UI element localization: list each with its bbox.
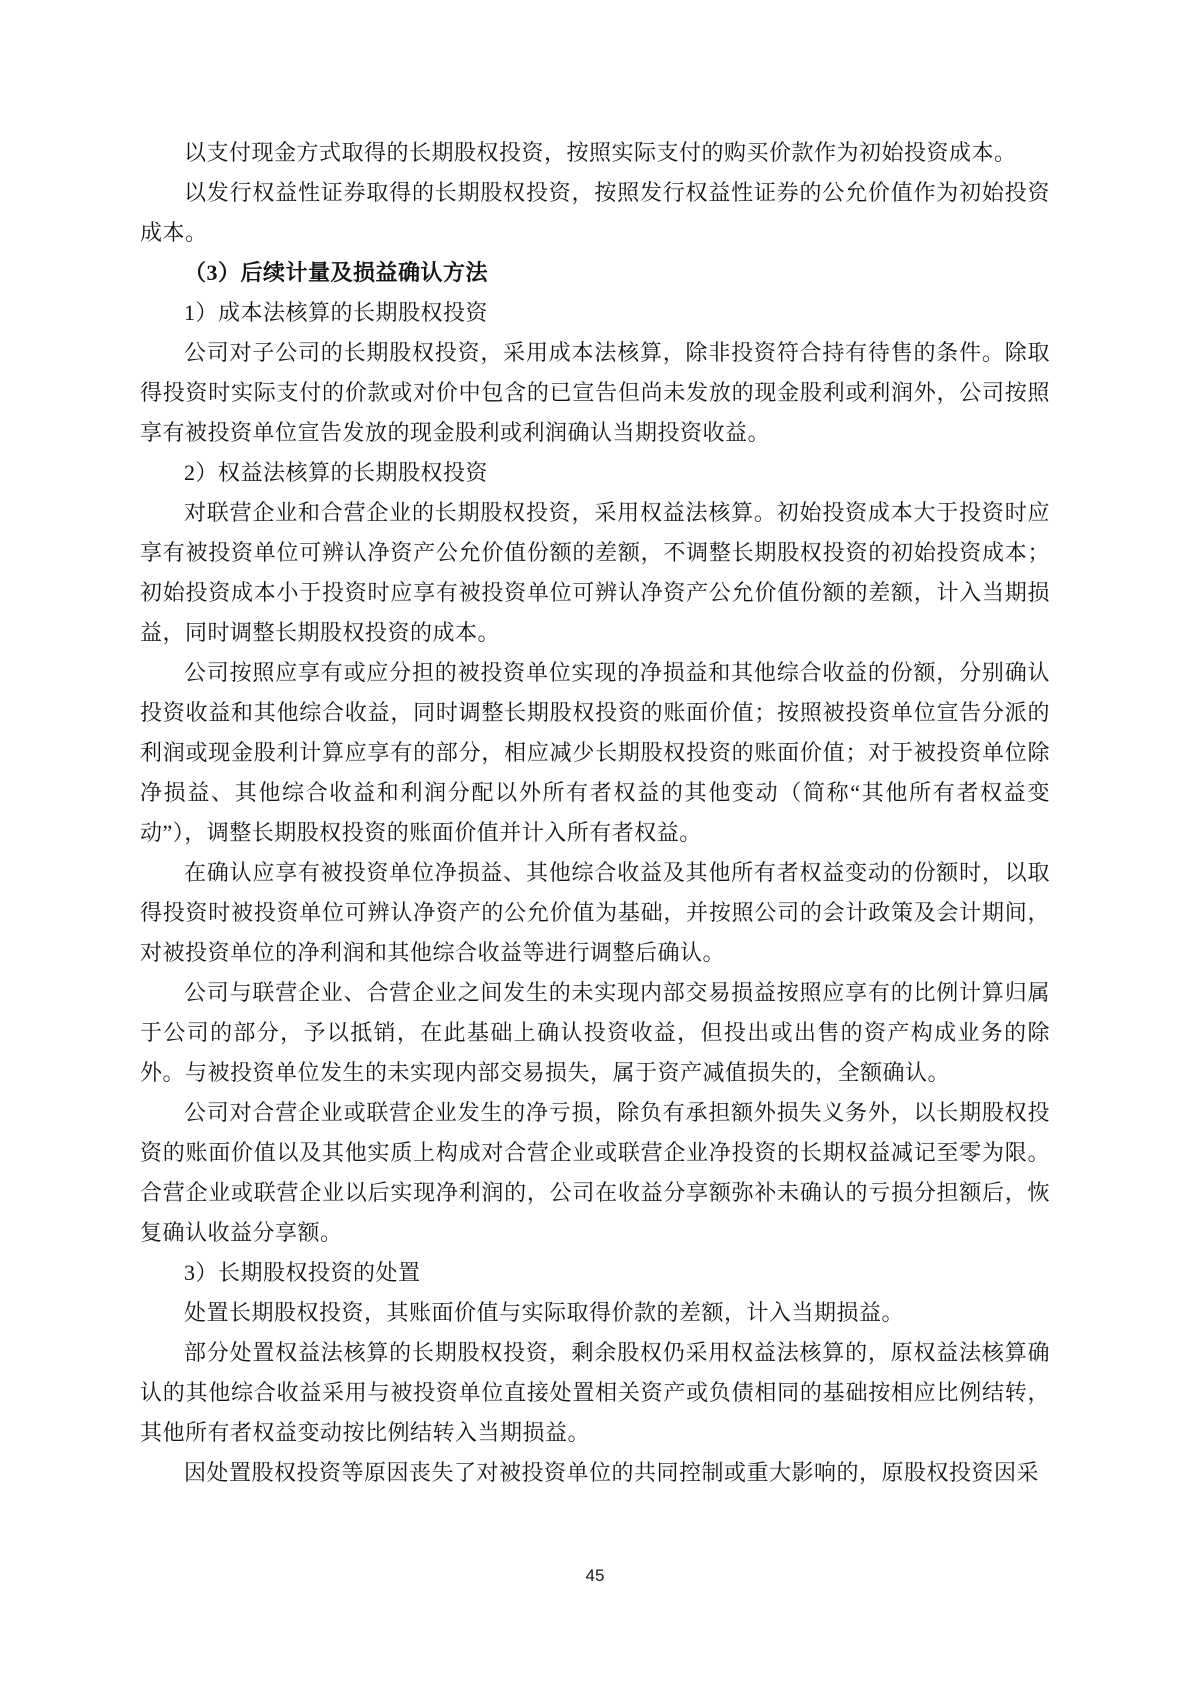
paragraph-loss-of-control: 因处置股权投资等原因丧失了对被投资单位的共同控制或重大影响的，原股权投资因采 [140, 1453, 1050, 1493]
paragraph-net-loss-treatment: 公司对合营企业或联营企业发生的净亏损，除负有承担额外损失义务外，以长期股权投资的… [140, 1093, 1050, 1253]
paragraph-disposal-difference: 处置长期股权投资，其账面价值与实际取得价款的差额，计入当期损益。 [140, 1293, 1050, 1333]
paragraph-unrealized-internal-transactions: 公司与联营企业、合营企业之间发生的未实现内部交易损益按照应享有的比例计算归属于公… [140, 973, 1050, 1093]
page-number: 45 [586, 1566, 605, 1585]
page-footer: 45 [0, 1566, 1190, 1586]
subheading-disposal: 3）长期股权投资的处置 [140, 1253, 1050, 1293]
subheading-cost-method: 1）成本法核算的长期股权投资 [140, 293, 1050, 333]
section-heading-subsequent-measurement: （3）后续计量及损益确认方法 [140, 253, 1050, 293]
paragraph-equity-securities-acquisition: 以发行权益性证券取得的长期股权投资，按照发行权益性证券的公允价值作为初始投资成本… [140, 173, 1050, 253]
paragraph-cash-acquisition: 以支付现金方式取得的长期股权投资，按照实际支付的购买价款作为初始投资成本。 [140, 133, 1050, 173]
document-body: 以支付现金方式取得的长期股权投资，按照实际支付的购买价款作为初始投资成本。 以发… [140, 133, 1050, 1493]
paragraph-equity-method-initial-cost: 对联营企业和合营企业的长期股权投资，采用权益法核算。初始投资成本大于投资时应享有… [140, 493, 1050, 653]
paragraph-partial-disposal: 部分处置权益法核算的长期股权投资，剩余股权仍采用权益法核算的，原权益法核算确认的… [140, 1333, 1050, 1453]
paragraph-equity-method-recognition: 公司按照应享有或应分担的被投资单位实现的净损益和其他综合收益的份额，分别确认投资… [140, 653, 1050, 853]
paragraph-fair-value-basis: 在确认应享有被投资单位净损益、其他综合收益及其他所有者权益变动的份额时，以取得投… [140, 853, 1050, 973]
paragraph-cost-method-detail: 公司对子公司的长期股权投资，采用成本法核算，除非投资符合持有待售的条件。除取得投… [140, 333, 1050, 453]
document-page: 以支付现金方式取得的长期股权投资，按照实际支付的购买价款作为初始投资成本。 以发… [0, 0, 1190, 1683]
subheading-equity-method: 2）权益法核算的长期股权投资 [140, 453, 1050, 493]
